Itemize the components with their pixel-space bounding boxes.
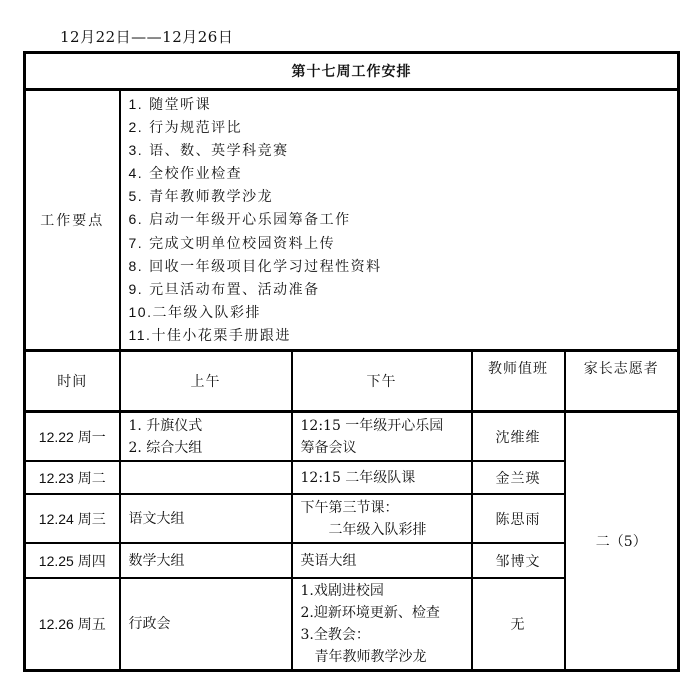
table-title: 第十七周工作安排 — [25, 53, 679, 90]
title-row: 第十七周工作安排 — [25, 53, 679, 90]
work-point-item: 1. 随堂听课 — [129, 93, 678, 116]
work-point-item: 10.二年级入队彩排 — [129, 301, 678, 324]
afternoon-cell: 英语大组 — [292, 543, 472, 578]
work-point-item: 2. 行为规范评比 — [129, 116, 678, 139]
column-header-parent-volunteer: 家长志愿者 — [565, 351, 679, 412]
teacher-duty-cell: 无 — [472, 578, 565, 671]
work-point-item: 8. 回收一年级项目化学习过程性资料 — [129, 255, 678, 278]
teacher-duty-cell: 邹博文 — [472, 543, 565, 578]
work-point-item: 3. 语、数、英学科竞赛 — [129, 139, 678, 162]
table-row-monday: 12.22 周一 1. 升旗仪式 2. 综合大组 12:15 一年级开心乐园 筹… — [25, 412, 679, 462]
work-point-item: 9. 元旦活动布置、活动准备 — [129, 278, 678, 301]
afternoon-cell: 12:15 一年级开心乐园 筹备会议 — [292, 412, 472, 462]
work-point-item: 6. 启动一年级开心乐园筹备工作 — [129, 208, 678, 231]
work-points-row: 工作要点 1. 随堂听课 2. 行为规范评比 3. 语、数、英学科竞赛 4. 全… — [25, 90, 679, 351]
schedule-header-row: 时间 上午 下午 教师值班 家长志愿者 — [25, 351, 679, 412]
work-point-item: 7. 完成文明单位校园资料上传 — [129, 232, 678, 255]
column-header-teacher-duty: 教师值班 — [472, 351, 565, 412]
work-point-item: 11.十佳小花栗手册跟进 — [129, 324, 678, 347]
day-cell: 12.24 周三 — [25, 494, 120, 543]
parent-volunteer-cell: 二（5） — [565, 412, 679, 671]
afternoon-cell: 12:15 二年级队课 — [292, 461, 472, 494]
teacher-duty-cell: 沈维维 — [472, 412, 565, 462]
morning-cell: 语文大组 — [120, 494, 292, 543]
work-points-list: 1. 随堂听课 2. 行为规范评比 3. 语、数、英学科竞赛 4. 全校作业检查… — [129, 93, 678, 347]
day-cell: 12.23 周二 — [25, 461, 120, 494]
column-header-morning: 上午 — [120, 351, 292, 412]
teacher-duty-cell: 陈思雨 — [472, 494, 565, 543]
work-points-label: 工作要点 — [25, 90, 120, 351]
day-cell: 12.26 周五 — [25, 578, 120, 671]
morning-cell — [120, 461, 292, 494]
afternoon-cell: 下午第三节课： 二年级入队彩排 — [292, 494, 472, 543]
day-cell: 12.22 周一 — [25, 412, 120, 462]
date-range: 12月22日——12月26日 — [60, 26, 233, 47]
afternoon-cell: 1.戏剧进校园 2.迎新环境更新、检查 3.全教会： 青年教师教学沙龙 — [292, 578, 472, 671]
weekly-plan-table: 第十七周工作安排 工作要点 1. 随堂听课 2. 行为规范评比 3. 语、数、英… — [23, 51, 680, 672]
morning-cell: 行政会 — [120, 578, 292, 671]
day-cell: 12.25 周四 — [25, 543, 120, 578]
work-point-item: 4. 全校作业检查 — [129, 162, 678, 185]
morning-cell: 数学大组 — [120, 543, 292, 578]
teacher-duty-cell: 金兰瑛 — [472, 461, 565, 494]
work-points-cell: 1. 随堂听课 2. 行为规范评比 3. 语、数、英学科竞赛 4. 全校作业检查… — [120, 90, 679, 351]
morning-cell: 1. 升旗仪式 2. 综合大组 — [120, 412, 292, 462]
column-header-afternoon: 下午 — [292, 351, 472, 412]
work-point-item: 5. 青年教师教学沙龙 — [129, 185, 678, 208]
column-header-time: 时间 — [25, 351, 120, 412]
